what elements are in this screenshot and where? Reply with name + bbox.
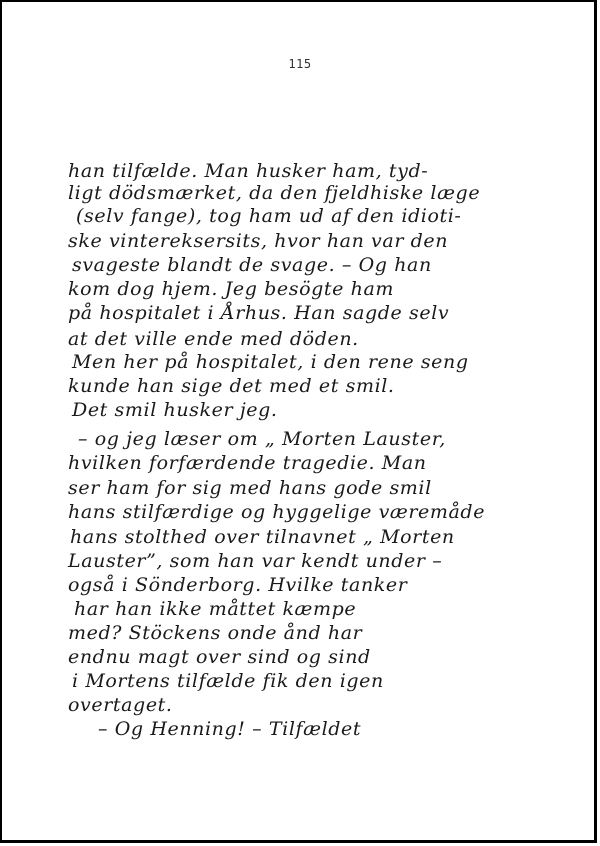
- manuscript-line: Men her på hospitalet, i den rene seng: [72, 351, 469, 373]
- manuscript-line: – og jeg læser om „ Morten Lauster,: [78, 428, 446, 450]
- manuscript-line: – Og Henning! – Tilfældet: [98, 718, 361, 740]
- manuscript-line: på hospitalet i Århus. Han sagde selv: [68, 302, 449, 324]
- manuscript-line: (selv fange), tog ham ud af den idioti-: [76, 205, 461, 227]
- document-page: [0, 0, 597, 843]
- manuscript-line: i Mortens tilfælde fik den igen: [72, 670, 384, 692]
- manuscript-line: ser ham for sig med hans gode smil: [68, 477, 432, 499]
- manuscript-line: kunde han sige det med et smil.: [68, 375, 395, 397]
- manuscript-line: svageste blandt de svage. – Og han: [72, 254, 432, 276]
- manuscript-line: med? Stöckens onde ånd har: [68, 622, 362, 644]
- manuscript-line: hvilken forfærdende tragedie. Man: [68, 452, 427, 474]
- manuscript-line: også i Sönderborg. Hvilke tanker: [68, 574, 407, 596]
- manuscript-line: ske vintereksersits, hvor han var den: [68, 230, 448, 252]
- manuscript-line: kom dog hjem. Jeg besögte ham: [68, 278, 394, 300]
- manuscript-line: Det smil husker jeg.: [72, 399, 278, 421]
- manuscript-line: endnu magt over sind og sind: [68, 646, 371, 668]
- manuscript-line: hans stolthed over tilnavnet „ Morten: [70, 526, 455, 548]
- manuscript-line: hans stilfærdige og hyggelige væremåde: [68, 501, 485, 523]
- manuscript-line: at det ville ende med döden.: [68, 328, 359, 350]
- manuscript-line: ligt dödsmærket, da den fjeldhiske læge: [68, 182, 480, 204]
- page-number: 115: [0, 57, 600, 71]
- manuscript-line: Lauster”, som han var kendt under –: [68, 550, 442, 572]
- manuscript-line: har han ikke måttet kæmpe: [74, 598, 356, 620]
- manuscript-line: han tilfælde. Man husker ham, tyd-: [68, 160, 428, 182]
- manuscript-line: overtaget.: [68, 694, 173, 716]
